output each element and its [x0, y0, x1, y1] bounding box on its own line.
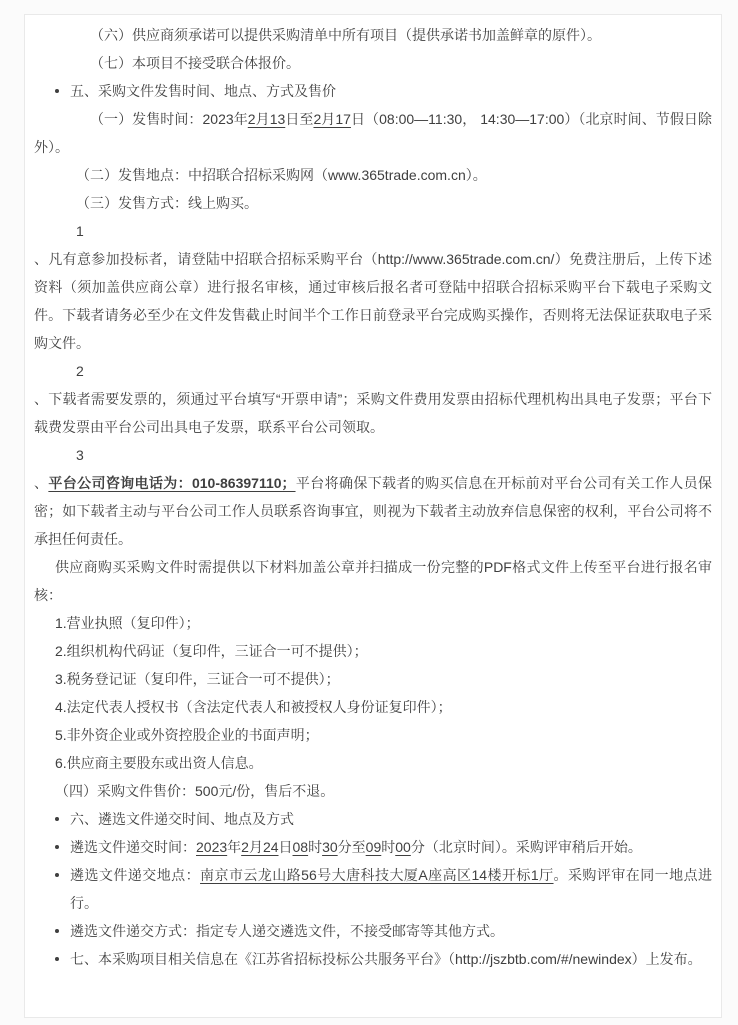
text-run: 6.供应商主要股东或出资人信息。 — [55, 755, 263, 771]
text-run: 2.组织机构代码证（复印件，三证合一可不提供）； — [55, 643, 368, 659]
text-run: 遴选文件递交地点： — [70, 867, 200, 883]
paragraph: 2.组织机构代码证（复印件，三证合一可不提供）； — [34, 637, 712, 665]
text-run: 2月13 — [248, 111, 285, 127]
text-run: 3.税务登记证（复印件，三证合一可不提供）； — [55, 671, 340, 687]
text-run: 南京市云龙山路56号大唐科技大厦A座高区14楼开标1厅 — [200, 867, 553, 883]
text-run: 六、遴选文件递交时间、地点及方式 — [70, 811, 294, 827]
paragraph: 2 — [34, 357, 712, 385]
text-run: 供应商购买采购文件时需提供以下材料加盖公章并扫描成一份完整的PDF格式文件上传至… — [34, 559, 712, 603]
text-run: 09 — [366, 839, 382, 855]
bullet-icon — [55, 929, 59, 933]
text-run: 日至 — [285, 111, 313, 127]
text-run: （二）发售地点：中招联合招标采购网（www.365trade.com.cn）。 — [76, 167, 487, 183]
bullet-icon — [55, 845, 59, 849]
text-run: 、下载者需要发票的，须通过平台填写“开票申请”；采购文件费用发票由招标代理机构出… — [34, 391, 712, 435]
text-run: 遴选文件递交时间： — [70, 839, 196, 855]
paragraph: （七）本项目不接受联合体报价。 — [34, 49, 712, 77]
text-run: （四）采购文件售价：500元/份，售后不退。 — [55, 783, 334, 799]
text-run: （三）发售方式：线上购买。 — [76, 195, 258, 211]
text-run: 分至 — [338, 839, 366, 855]
text-run: 时 — [308, 839, 322, 855]
text-run: 五、采购文件发售时间、地点、方式及售价 — [70, 83, 336, 99]
text-run: 年 — [227, 839, 241, 855]
text-run: 遴选文件递交方式：指定专人递交遴选文件，不接受邮寄等其他方式。 — [70, 923, 504, 939]
list-item: 七、本采购项目相关信息在《江苏省招标投标公共服务平台》（http://jszbt… — [34, 945, 712, 973]
paragraph: （四）采购文件售价：500元/份，售后不退。 — [34, 777, 712, 805]
text-run: 2月17 — [313, 111, 350, 127]
text-run: 4.法定代表人授权书（含法定代表人和被授权人身份证复印件）； — [55, 699, 452, 715]
paragraph: 3 — [34, 441, 712, 469]
text-run: （七）本项目不接受联合体报价。 — [90, 55, 300, 71]
paragraph: 3.税务登记证（复印件，三证合一可不提供）； — [34, 665, 712, 693]
text-run: （六）供应商须承诺可以提供采购清单中所有项目（提供承诺书加盖鲜章的原件）。 — [90, 27, 601, 43]
paragraph: （一）发售时间：2023年2月13日至2月17日（08:00—11:30， 14… — [34, 105, 712, 161]
text-run: 2 — [76, 363, 84, 379]
bullet-icon — [55, 89, 59, 93]
list-item: 遴选文件递交地点：南京市云龙山路56号大唐科技大厦A座高区14楼开标1厅。采购评… — [34, 861, 712, 917]
bullet-icon — [55, 873, 59, 877]
text-run: 平台公司咨询电话为：010-86397110； — [48, 475, 295, 491]
paragraph: （六）供应商须承诺可以提供采购清单中所有项目（提供承诺书加盖鲜章的原件）。 — [34, 21, 712, 49]
document-page: （六）供应商须承诺可以提供采购清单中所有项目（提供承诺书加盖鲜章的原件）。（七）… — [24, 14, 722, 1018]
text-run: 、凡有意参加投标者，请登陆中招联合招标采购平台（http://www.365tr… — [34, 251, 712, 351]
text-run: 00 — [395, 839, 411, 855]
bullet-icon — [55, 817, 59, 821]
paragraph: 、凡有意参加投标者，请登陆中招联合招标采购平台（http://www.365tr… — [34, 245, 712, 357]
list-item: 遴选文件递交方式：指定专人递交遴选文件，不接受邮寄等其他方式。 — [34, 917, 712, 945]
text-run: 时 — [381, 839, 395, 855]
text-run: 、 — [34, 475, 48, 491]
text-run: 5.非外资企业或外资控股企业的书面声明； — [55, 727, 319, 743]
paragraph: 供应商购买采购文件时需提供以下材料加盖公章并扫描成一份完整的PDF格式文件上传至… — [34, 553, 712, 609]
text-run: 1.营业执照（复印件）； — [55, 615, 200, 631]
bullet-icon — [55, 957, 59, 961]
text-run: 七、本采购项目相关信息在《江苏省招标投标公共服务平台》（http://jszbt… — [70, 951, 702, 967]
list-item: 五、采购文件发售时间、地点、方式及售价 — [34, 77, 712, 105]
paragraph: 1.营业执照（复印件）； — [34, 609, 712, 637]
text-run: （一）发售时间：2023年 — [90, 111, 248, 127]
paragraph: 6.供应商主要股东或出资人信息。 — [34, 749, 712, 777]
text-run: 08 — [293, 839, 309, 855]
paragraph: （三）发售方式：线上购买。 — [34, 189, 712, 217]
document-viewport: （六）供应商须承诺可以提供采购清单中所有项目（提供承诺书加盖鲜章的原件）。（七）… — [0, 0, 738, 1025]
text-run: 2023 — [196, 839, 227, 855]
text-run: 2月24 — [241, 839, 278, 855]
paragraph: 1 — [34, 217, 712, 245]
text-run: 分（北京时间）。采购评审稍后开始。 — [411, 839, 642, 855]
paragraph: 5.非外资企业或外资控股企业的书面声明； — [34, 721, 712, 749]
text-run: 1 — [76, 223, 84, 239]
text-run: 3 — [76, 447, 84, 463]
paragraph: 、下载者需要发票的，须通过平台填写“开票申请”；采购文件费用发票由招标代理机构出… — [34, 385, 712, 441]
paragraph: （二）发售地点：中招联合招标采购网（www.365trade.com.cn）。 — [34, 161, 712, 189]
text-run: 30 — [322, 839, 338, 855]
list-item: 遴选文件递交时间：2023年2月24日08时30分至09时00分（北京时间）。采… — [34, 833, 712, 861]
paragraph: 、平台公司咨询电话为：010-86397110；平台将确保下载者的购买信息在开标… — [34, 469, 712, 553]
paragraph: 4.法定代表人授权书（含法定代表人和被授权人身份证复印件）； — [34, 693, 712, 721]
text-run: 日 — [279, 839, 293, 855]
list-item: 六、遴选文件递交时间、地点及方式 — [34, 805, 712, 833]
